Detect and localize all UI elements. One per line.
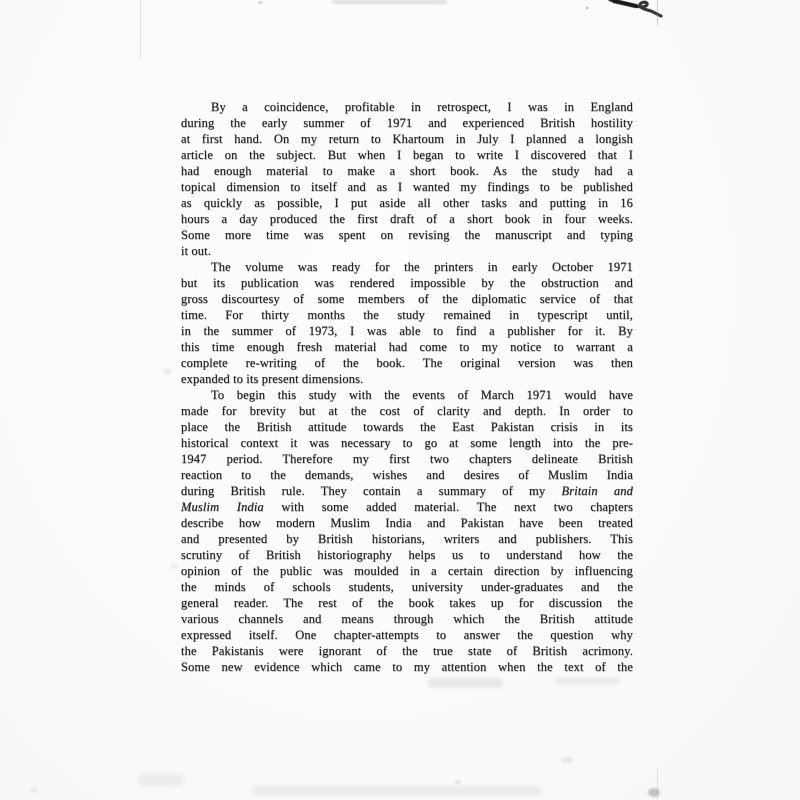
text-segment: and presented by British historians, wri… bbox=[181, 532, 633, 546]
text-segment: To begin this study with the events of M… bbox=[211, 388, 633, 402]
text-segment: as quickly as possible, I put aside all … bbox=[181, 196, 633, 210]
text-line: describe how modern Muslim India and Pak… bbox=[181, 515, 633, 531]
smudge-artifact bbox=[332, 0, 447, 4]
text-segment: topical dimension to itself and as I wan… bbox=[181, 180, 633, 194]
text-line: Muslim India with some added material. T… bbox=[181, 499, 633, 515]
text-line: the Pakistanis were ignorant of the true… bbox=[181, 643, 633, 659]
text-segment: describe how modern Muslim India and Pak… bbox=[181, 516, 633, 530]
text-segment: expanded to its present dimensions. bbox=[181, 372, 363, 386]
text-line: scrutiny of British historiography helps… bbox=[181, 547, 633, 563]
text-segment: 1947 period. Therefore my first two chap… bbox=[181, 452, 633, 466]
book-title-italic: Muslim India bbox=[181, 500, 264, 514]
text-line: time. For thirty months the study remain… bbox=[181, 307, 633, 323]
page-edge-line-artifact bbox=[140, 0, 141, 58]
text-segment: this time enough fresh material had come… bbox=[181, 340, 633, 354]
text-segment: article on the subject. But when I began… bbox=[181, 148, 633, 162]
bleed-through-artifact bbox=[252, 786, 542, 795]
smudge-artifact bbox=[30, 787, 38, 793]
text-segment: Some more time was spent on revising the… bbox=[181, 228, 633, 242]
text-block: By a coincidence, profitable in retrospe… bbox=[181, 99, 633, 675]
bleed-through-artifact bbox=[428, 678, 503, 688]
text-line: in the summer of 1973, I was able to fin… bbox=[181, 323, 633, 339]
text-line: and presented by British historians, wri… bbox=[181, 531, 633, 547]
text-line: gross discourtesy of some members of the… bbox=[181, 291, 633, 307]
text-segment: place the British attitude towards the E… bbox=[181, 420, 633, 434]
text-line: expressed itself. One chapter-attempts t… bbox=[181, 627, 633, 643]
text-line: The volume was ready for the printers in… bbox=[181, 259, 633, 275]
text-segment: during the early summer of 1971 and expe… bbox=[181, 116, 633, 130]
text-line: at first hand. On my return to Khartoum … bbox=[181, 131, 633, 147]
smudge-artifact bbox=[170, 563, 178, 569]
text-segment: hours a day produced the first draft of … bbox=[181, 212, 633, 226]
text-line: place the British attitude towards the E… bbox=[181, 419, 633, 435]
text-segment: Some new evidence which came to my atten… bbox=[181, 660, 633, 674]
text-line: complete re-writing of the book. The ori… bbox=[181, 355, 633, 371]
text-segment: complete re-writing of the book. The ori… bbox=[181, 356, 633, 370]
text-line: opinion of the public was moulded in a c… bbox=[181, 563, 633, 579]
bleed-through-artifact bbox=[138, 774, 184, 786]
text-segment: By a coincidence, profitable in retrospe… bbox=[211, 100, 633, 114]
text-line: reaction to the demands, wishes and desi… bbox=[181, 467, 633, 483]
text-segment: the minds of schools students, universit… bbox=[181, 580, 633, 594]
text-segment: scrutiny of British historiography helps… bbox=[181, 548, 633, 562]
text-segment: during British rule. They contain a summ… bbox=[181, 484, 561, 498]
text-segment: gross discourtesy of some members of the… bbox=[181, 292, 633, 306]
smudge-artifact bbox=[648, 788, 660, 797]
text-line: To begin this study with the events of M… bbox=[181, 387, 633, 403]
text-segment: in the summer of 1973, I was able to fin… bbox=[181, 324, 633, 338]
text-line: but its publication was rendered impossi… bbox=[181, 275, 633, 291]
text-segment: time. For thirty months the study remain… bbox=[181, 308, 633, 322]
scanned-book-page: By a coincidence, profitable in retrospe… bbox=[0, 0, 800, 800]
text-line: made for brevity but at the cost of clar… bbox=[181, 403, 633, 419]
text-segment: reaction to the demands, wishes and desi… bbox=[181, 468, 633, 482]
text-line: hours a day produced the first draft of … bbox=[181, 211, 633, 227]
text-line: during British rule. They contain a summ… bbox=[181, 483, 633, 499]
page-edge-line-artifact bbox=[657, 768, 658, 800]
text-line: general reader. The rest of the book tak… bbox=[181, 595, 633, 611]
text-segment: made for brevity but at the cost of clar… bbox=[181, 404, 633, 418]
text-segment: opinion of the public was moulded in a c… bbox=[181, 564, 633, 578]
text-segment: expressed itself. One chapter-attempts t… bbox=[181, 628, 633, 642]
text-segment: at first hand. On my return to Khartoum … bbox=[181, 132, 633, 146]
text-line: article on the subject. But when I began… bbox=[181, 147, 633, 163]
text-line: had enough material to make a short book… bbox=[181, 163, 633, 179]
bleed-through-artifact bbox=[555, 677, 620, 685]
text-line: topical dimension to itself and as I wan… bbox=[181, 179, 633, 195]
pen-scribble-artifact bbox=[572, 0, 667, 21]
paragraph: To begin this study with the events of M… bbox=[181, 387, 633, 675]
text-segment: but its publication was rendered impossi… bbox=[181, 276, 633, 290]
smudge-artifact bbox=[560, 757, 574, 763]
text-segment: had enough material to make a short book… bbox=[181, 164, 633, 178]
text-line: Some more time was spent on revising the… bbox=[181, 227, 633, 243]
text-line: as quickly as possible, I put aside all … bbox=[181, 195, 633, 211]
text-line: it out. bbox=[181, 243, 633, 259]
text-line: By a coincidence, profitable in retrospe… bbox=[181, 99, 633, 115]
paragraph: By a coincidence, profitable in retrospe… bbox=[181, 99, 633, 259]
book-title-italic: Britain and bbox=[561, 484, 633, 498]
text-line: Some new evidence which came to my atten… bbox=[181, 659, 633, 675]
smudge-artifact bbox=[163, 368, 172, 375]
smudge-artifact bbox=[455, 780, 461, 784]
text-line: during the early summer of 1971 and expe… bbox=[181, 115, 633, 131]
smudge-artifact bbox=[258, 1, 263, 4]
text-segment: it out. bbox=[181, 244, 211, 258]
text-segment: the Pakistanis were ignorant of the true… bbox=[181, 644, 633, 658]
text-line: 1947 period. Therefore my first two chap… bbox=[181, 451, 633, 467]
text-segment: general reader. The rest of the book tak… bbox=[181, 596, 633, 610]
text-line: expanded to its present dimensions. bbox=[181, 371, 633, 387]
paragraph: The volume was ready for the printers in… bbox=[181, 259, 633, 387]
text-line: historical context it was necessary to g… bbox=[181, 435, 633, 451]
text-segment: with some added material. The next two c… bbox=[264, 500, 633, 514]
text-line: the minds of schools students, universit… bbox=[181, 579, 633, 595]
text-segment: The volume was ready for the printers in… bbox=[211, 260, 633, 274]
text-line: various channels and means through which… bbox=[181, 611, 633, 627]
text-line: this time enough fresh material had come… bbox=[181, 339, 633, 355]
text-segment: various channels and means through which… bbox=[181, 612, 633, 626]
text-segment: historical context it was necessary to g… bbox=[181, 436, 633, 450]
